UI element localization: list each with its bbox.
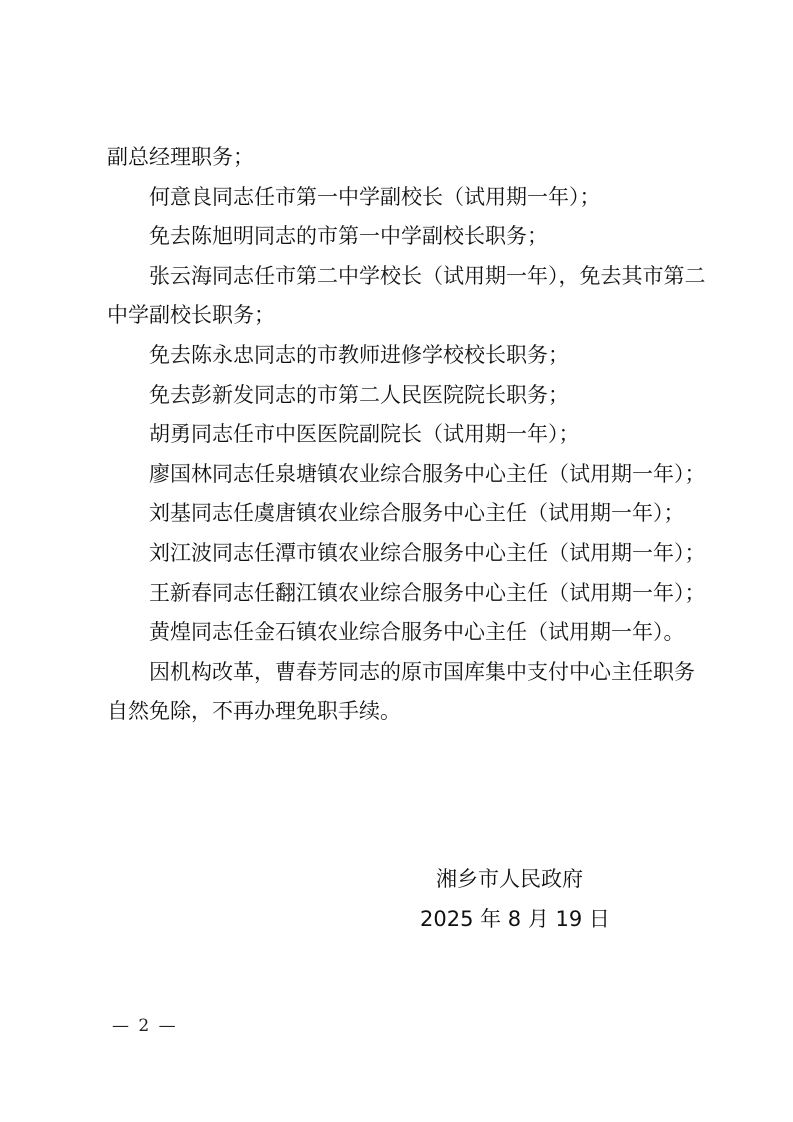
paragraph-appointment: 廖国林同志任泉塘镇农业综合服务中心主任（试用期一年）；: [107, 455, 707, 495]
document-body: 副总经理职务； 何意良同志任市第一中学副校长（试用期一年）； 免去陈旭明同志的市…: [107, 138, 707, 732]
paragraph-appointment: 张云海同志任市第二中学校长（试用期一年），免去其市第二中学副校长职务；: [107, 257, 707, 336]
paragraph-appointment: 何意良同志任市第一中学副校长（试用期一年）；: [107, 178, 707, 218]
paragraph-removal: 免去彭新发同志的市第二人民医院院长职务；: [107, 376, 707, 416]
paragraph-appointment: 胡勇同志任市中医医院副院长（试用期一年）；: [107, 415, 707, 455]
issuing-organization: 湘乡市人民政府: [420, 860, 620, 900]
paragraph-appointment: 王新春同志任翻江镇农业综合服务中心主任（试用期一年）；: [107, 574, 707, 614]
signature-block: 湘乡市人民政府 2025 年 8 月 19 日: [420, 860, 620, 939]
issue-date: 2025 年 8 月 19 日: [420, 900, 620, 940]
paragraph-appointment: 刘基同志任虞唐镇农业综合服务中心主任（试用期一年）；: [107, 494, 707, 534]
paragraph-appointment: 刘江波同志任潭市镇农业综合服务中心主任（试用期一年）；: [107, 534, 707, 574]
paragraph-note: 因机构改革，曹春芳同志的原市国库集中支付中心主任职务自然免除，不再办理免职手续。: [107, 653, 707, 732]
paragraph-removal: 免去陈旭明同志的市第一中学副校长职务；: [107, 217, 707, 257]
paragraph-removal: 免去陈永忠同志的市教师进修学校校长职务；: [107, 336, 707, 376]
paragraph-appointment: 黄煌同志任金石镇农业综合服务中心主任（试用期一年）。: [107, 613, 707, 653]
page-number: — 2 —: [112, 1016, 178, 1036]
paragraph-continuation: 副总经理职务；: [107, 138, 707, 178]
document-page: 副总经理职务； 何意良同志任市第一中学副校长（试用期一年）； 免去陈旭明同志的市…: [0, 0, 793, 1122]
